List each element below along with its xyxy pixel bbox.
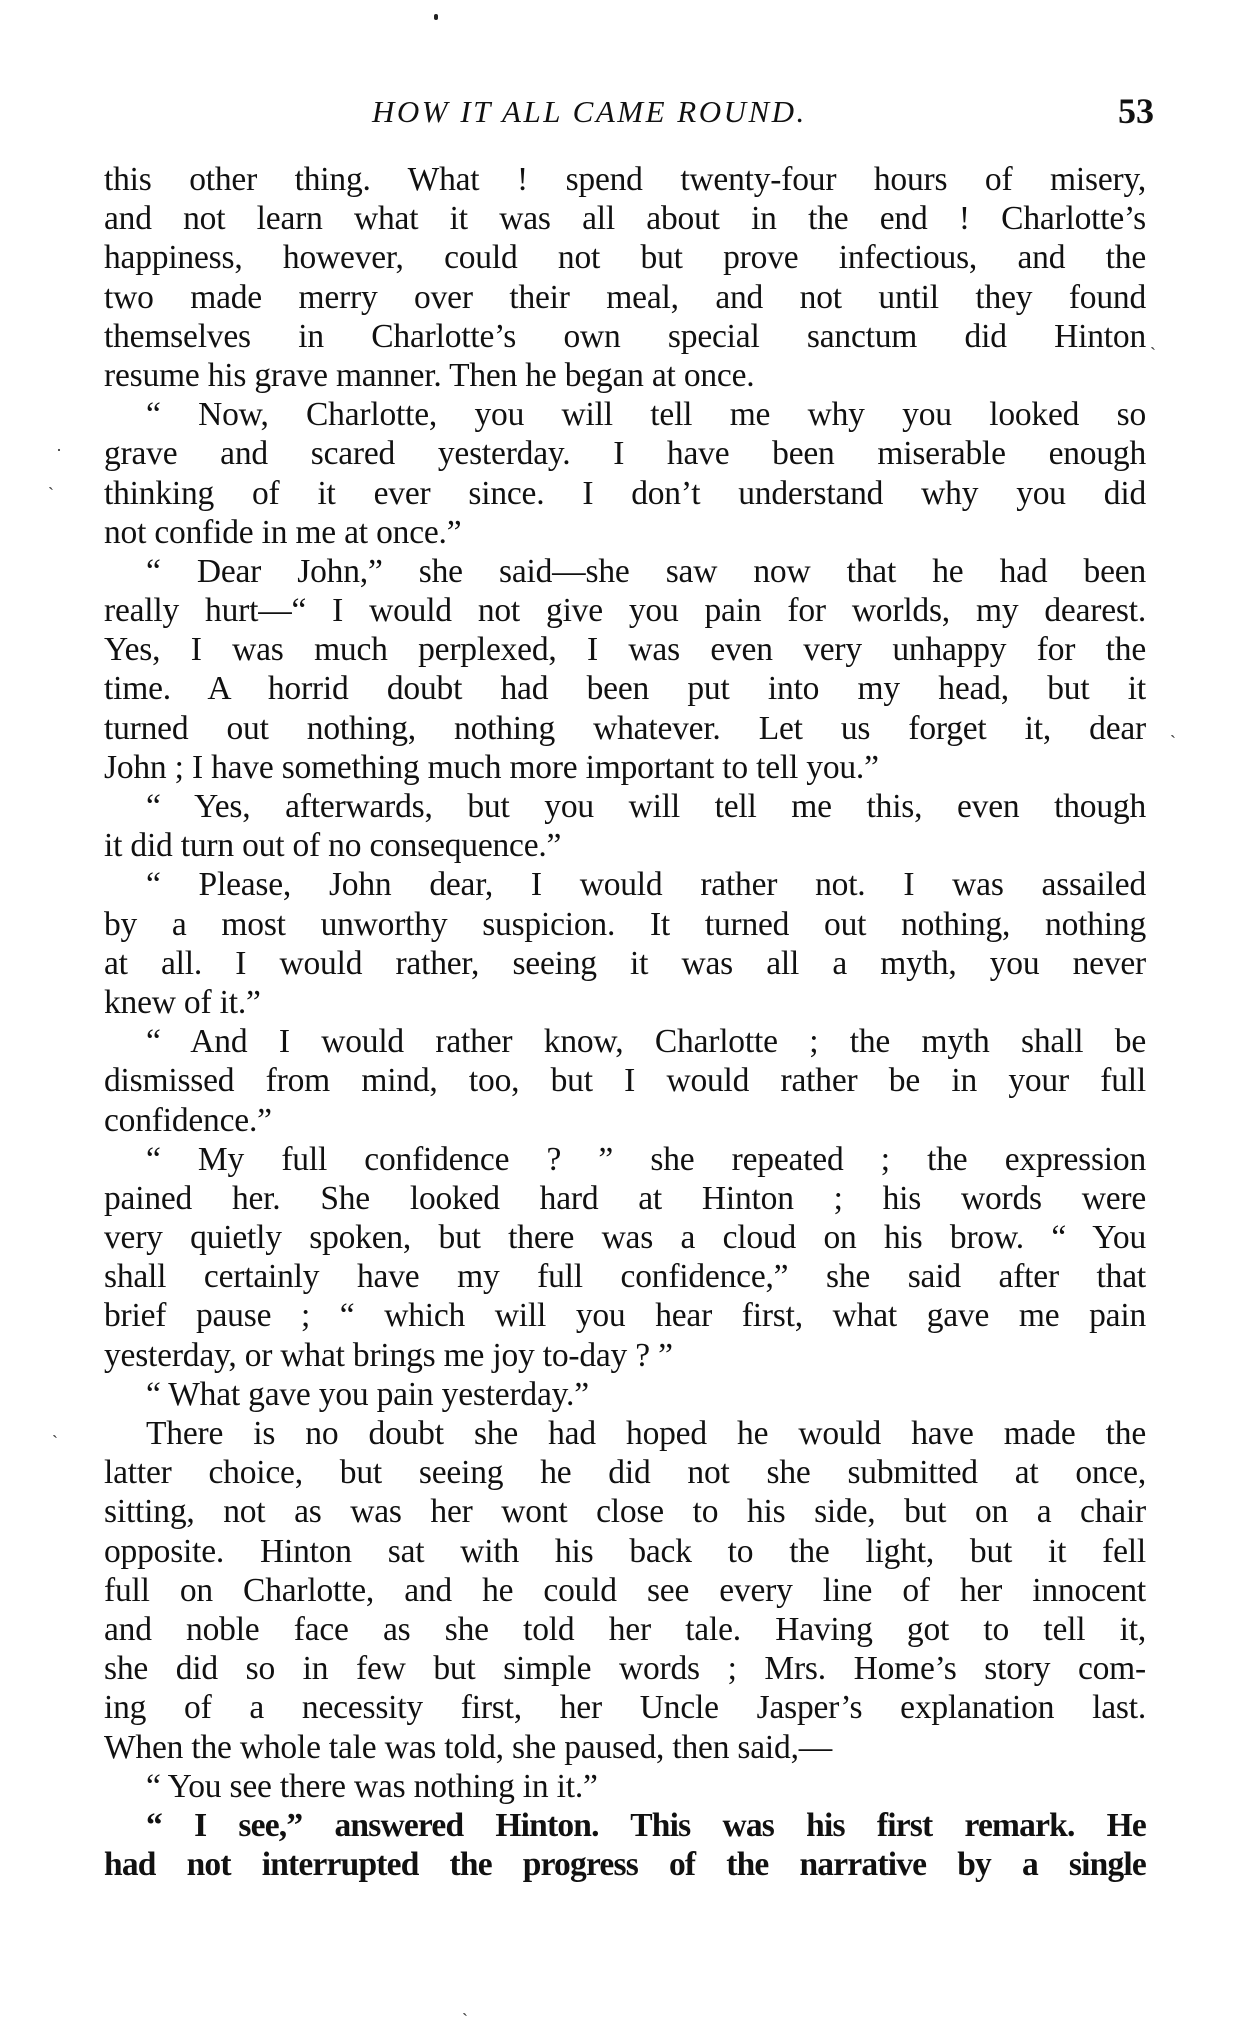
- margin-mark: ·: [56, 440, 62, 461]
- text-line: “ You see there was nothing in it.”: [104, 1767, 1146, 1806]
- running-header: HOW IT ALL CAME ROUND. 53: [0, 88, 1240, 138]
- text-line: Yes, I was much perplexed, I was even ve…: [104, 630, 1146, 669]
- text-line: it did turn out of no consequence.”: [104, 826, 1146, 865]
- text-line: full on Charlotte, and he could see ever…: [104, 1571, 1146, 1610]
- text-line: themselves in Charlotte’s own special sa…: [104, 317, 1146, 356]
- text-line: dismissed from mind, too, but I would ra…: [104, 1061, 1146, 1100]
- text-line: “ My full confidence ? ” she repeated ; …: [104, 1140, 1146, 1179]
- text-line: “ I see,” answered Hinton. This was his …: [104, 1806, 1146, 1845]
- text-line: grave and scared yesterday. I have been …: [104, 434, 1146, 473]
- margin-mark: ˏ: [52, 1418, 58, 1439]
- text-line: turned out nothing, nothing whatever. Le…: [104, 709, 1146, 748]
- text-line: and not learn what it was all about in t…: [104, 199, 1146, 238]
- text-line: sitting, not as was her wont close to hi…: [104, 1492, 1146, 1531]
- text-line: “ And I would rather know, Charlotte ; t…: [104, 1022, 1146, 1061]
- text-line: pained her. She looked hard at Hinton ; …: [104, 1179, 1146, 1218]
- scan-speck: [434, 14, 438, 20]
- margin-mark: ˎ: [1150, 330, 1156, 351]
- text-line: opposite. Hinton sat with his back to th…: [104, 1532, 1146, 1571]
- text-line: “ Now, Charlotte, you will tell me why y…: [104, 395, 1146, 434]
- text-line: “ Please, John dear, I would rather not.…: [104, 865, 1146, 904]
- margin-mark: ˋ: [1170, 732, 1176, 753]
- book-page: HOW IT ALL CAME ROUND. 53 this other thi…: [0, 0, 1240, 2030]
- text-line: time. A horrid doubt had been put into m…: [104, 669, 1146, 708]
- text-line: When the whole tale was told, she paused…: [104, 1728, 1146, 1767]
- margin-mark: ˎ: [48, 470, 54, 491]
- text-line: had not interrupted the progress of the …: [104, 1845, 1146, 1884]
- text-line: yesterday, or what brings me joy to-day …: [104, 1336, 1146, 1375]
- text-line: There is no doubt she had hoped he would…: [104, 1414, 1146, 1453]
- margin-mark: ˋ: [462, 2010, 468, 2030]
- text-line: thinking of it ever since. I don’t under…: [104, 474, 1146, 513]
- text-line: really hurt—“ I would not give you pain …: [104, 591, 1146, 630]
- page-number: 53: [1118, 90, 1154, 132]
- text-line: and noble face as she told her tale. Hav…: [104, 1610, 1146, 1649]
- text-line: ing of a necessity first, her Uncle Jasp…: [104, 1688, 1146, 1727]
- text-line: this other thing. What ! spend twenty-fo…: [104, 160, 1146, 199]
- text-line: she did so in few but simple words ; Mrs…: [104, 1649, 1146, 1688]
- text-line: knew of it.”: [104, 983, 1146, 1022]
- text-line: “ What gave you pain yesterday.”: [104, 1375, 1146, 1414]
- text-line: at all. I would rather, seeing it was al…: [104, 944, 1146, 983]
- text-line: happiness, however, could not but prove …: [104, 238, 1146, 277]
- text-line: resume his grave manner. Then he began a…: [104, 356, 1146, 395]
- text-line: shall certainly have my full confidence,…: [104, 1257, 1146, 1296]
- text-line: very quietly spoken, but there was a clo…: [104, 1218, 1146, 1257]
- body-text: this other thing. What ! spend twenty-fo…: [104, 160, 1146, 1884]
- running-title: HOW IT ALL CAME ROUND.: [372, 94, 807, 130]
- text-line: brief pause ; “ which will you hear firs…: [104, 1296, 1146, 1335]
- text-line: confidence.”: [104, 1101, 1146, 1140]
- text-line: by a most unworthy suspicion. It turned …: [104, 905, 1146, 944]
- text-line: “ Yes, afterwards, but you will tell me …: [104, 787, 1146, 826]
- text-line: John ; I have something much more import…: [104, 748, 1146, 787]
- text-line: not confide in me at once.”: [104, 513, 1146, 552]
- text-line: latter choice, but seeing he did not she…: [104, 1453, 1146, 1492]
- text-line: two made merry over their meal, and not …: [104, 278, 1146, 317]
- text-line: “ Dear John,” she said—she saw now that …: [104, 552, 1146, 591]
